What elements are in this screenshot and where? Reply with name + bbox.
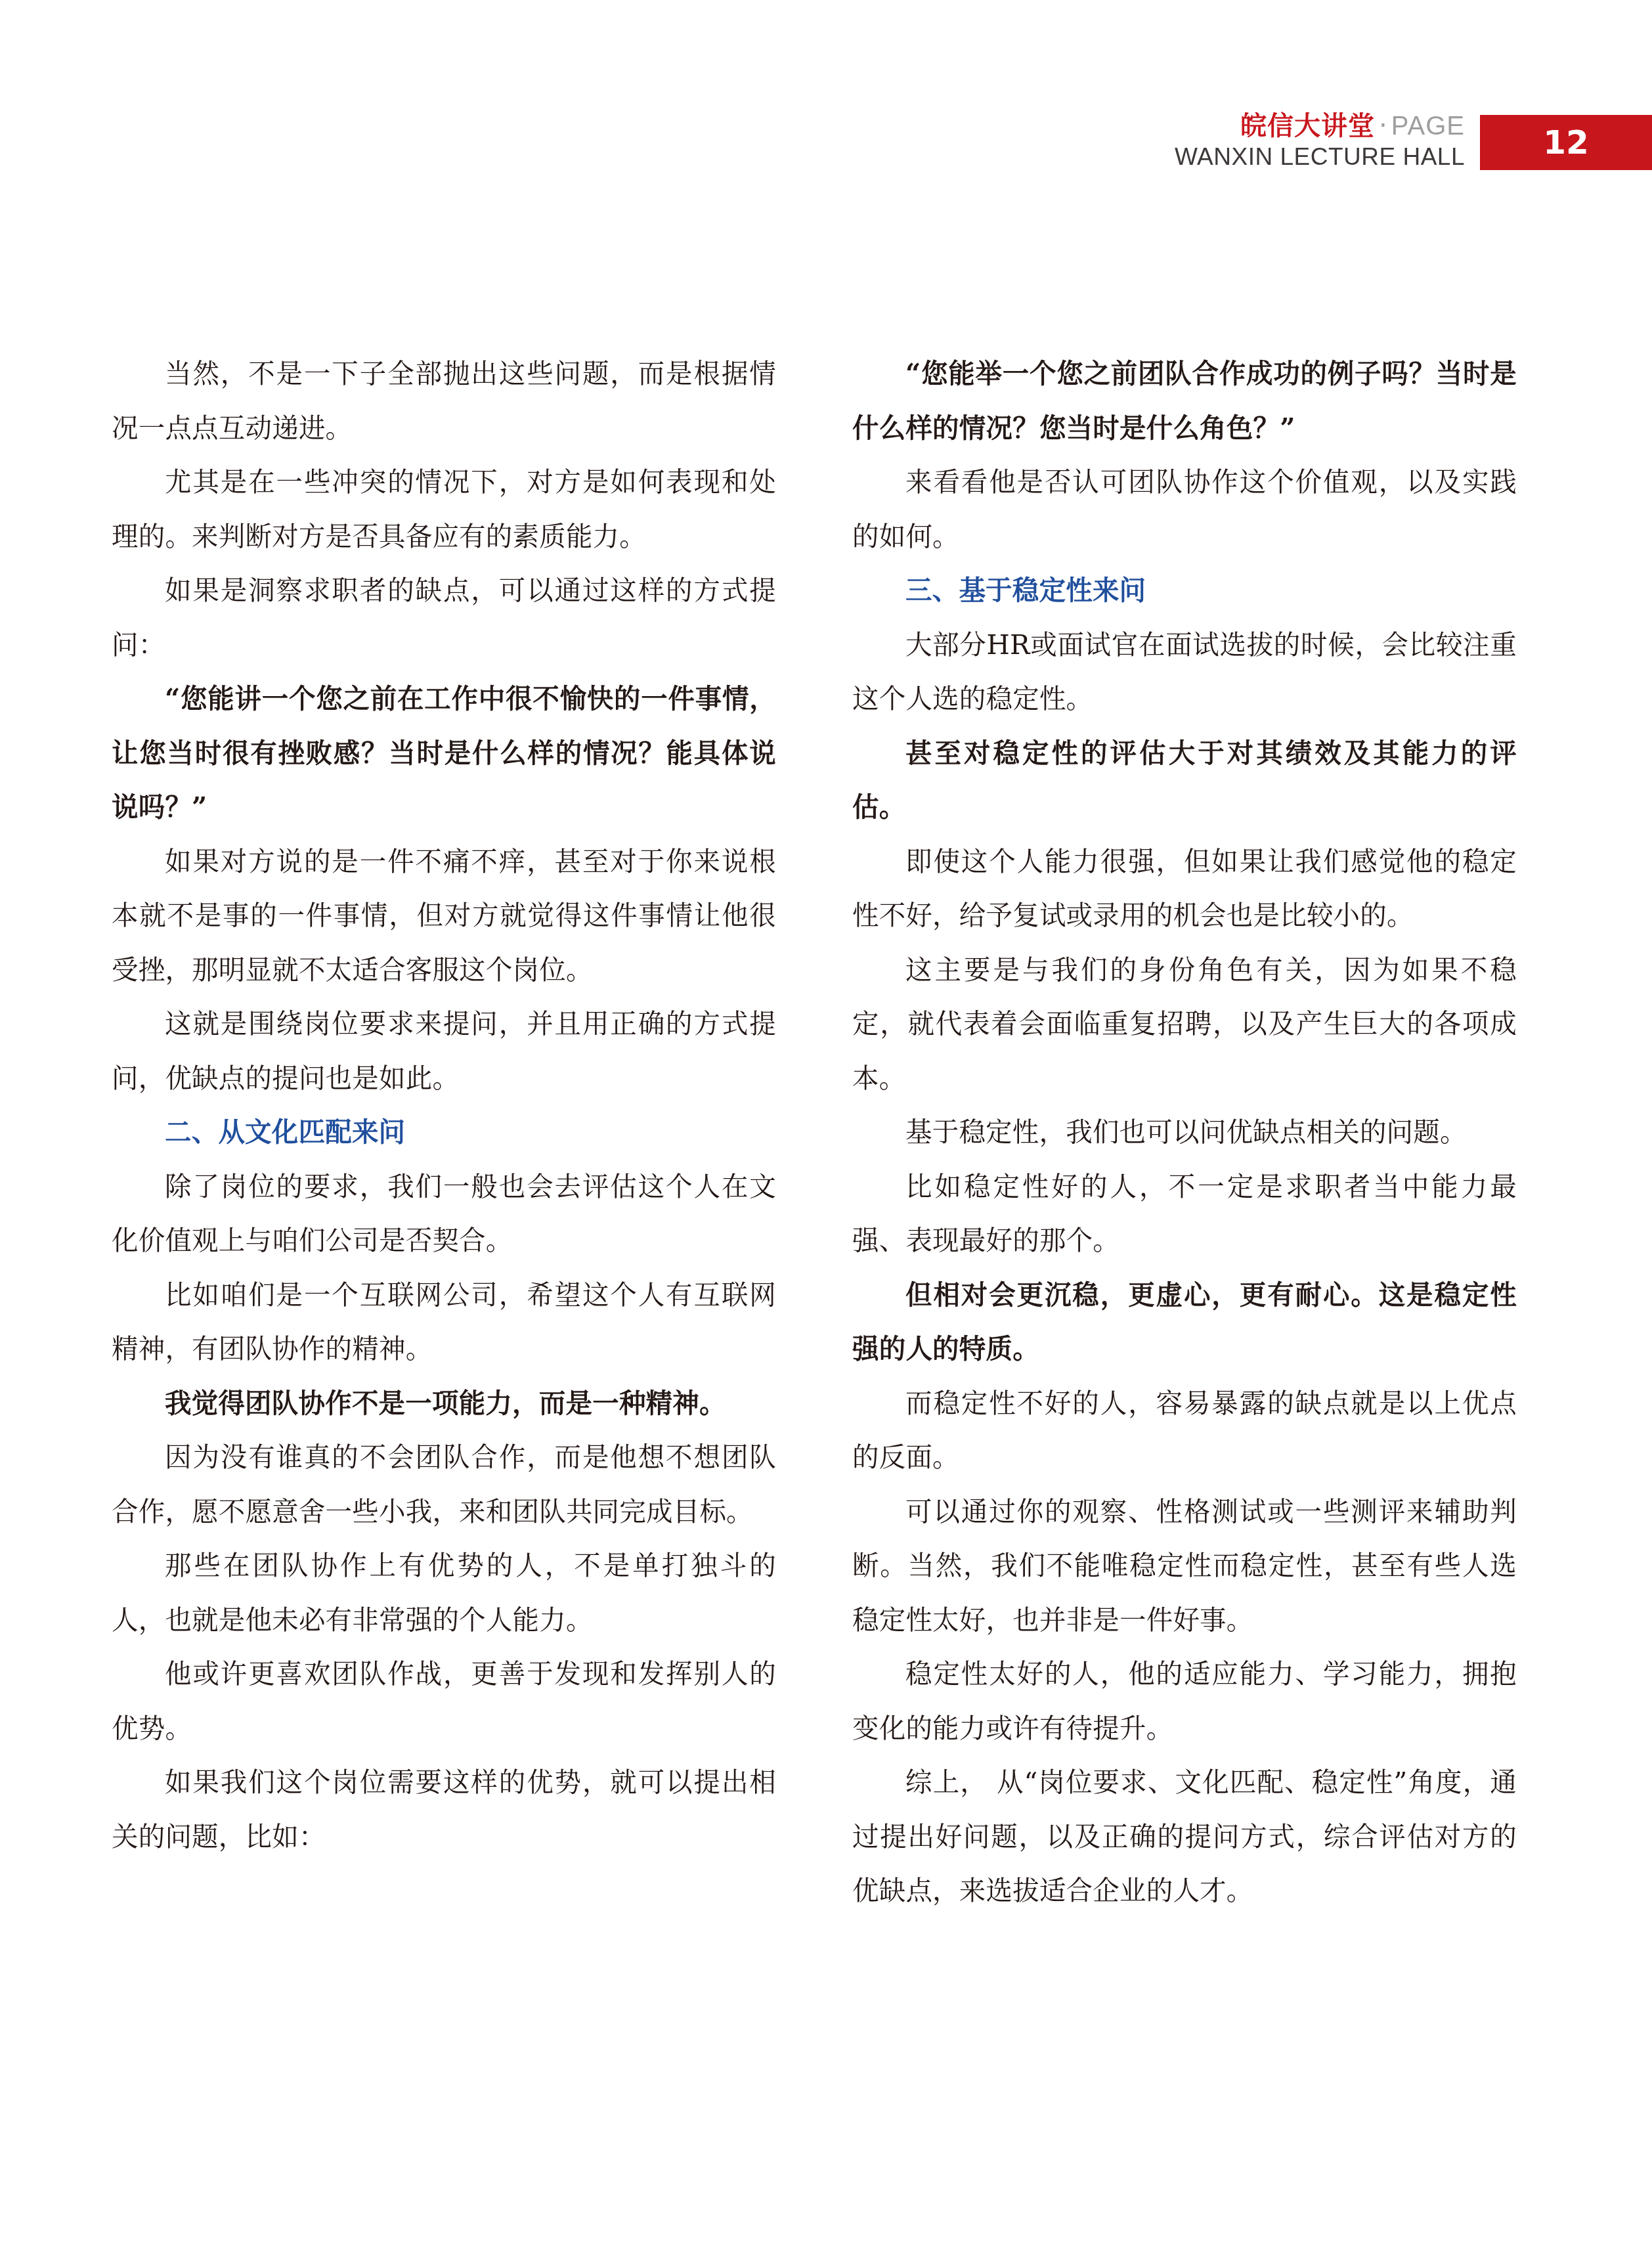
body-paragraph: 即使这个人能力很强，但如果让我们感觉他的稳定性不好，给予复试或录用的机会也是比较… xyxy=(852,835,1517,943)
brand-name-en: WANXIN LECTURE HALL xyxy=(1175,142,1465,172)
body-paragraph: 比如稳定性好的人，不一定是求职者当中能力最强、表现最好的那个。 xyxy=(852,1160,1517,1268)
emphasis-paragraph: 但相对会更沉稳，更虚心，更有耐心。这是稳定性强的人的特质。 xyxy=(852,1268,1517,1376)
body-paragraph: 稳定性太好的人，他的适应能力、学习能力，拥抱变化的能力或许有待提升。 xyxy=(852,1647,1517,1755)
emphasis-paragraph: 我觉得团队协作不是一项能力，而是一种精神。 xyxy=(112,1376,776,1431)
page-number: 12 xyxy=(1543,123,1589,162)
brand-block: 皖信大讲堂·PAGE WANXIN LECTURE HALL xyxy=(1175,110,1465,172)
body-paragraph: 比如咱们是一个互联网公司，希望这个人有互联网精神，有团队协作的精神。 xyxy=(112,1268,776,1376)
emphasis-paragraph: 甚至对稳定性的评估大于对其绩效及其能力的评估。 xyxy=(852,726,1517,835)
section-heading: 二、从文化匹配来问 xyxy=(112,1105,776,1160)
body-paragraph: 如果对方说的是一件不痛不痒，甚至对于你来说根本就不是事的一件事情，但对方就觉得这… xyxy=(112,835,776,997)
body-paragraph: 那些在团队协作上有优势的人，不是单打独斗的人，也就是他未必有非常强的个人能力。 xyxy=(112,1539,776,1647)
body-paragraph: 如果我们这个岗位需要这样的优势，就可以提出相关的问题，比如： xyxy=(112,1755,776,1864)
body-paragraph: 来看看他是否认可团队协作这个价值观，以及实践的如何。 xyxy=(852,455,1517,563)
emphasis-paragraph: “您能举一个您之前团队合作成功的例子吗？当时是什么样的情况？您当时是什么角色？” xyxy=(852,347,1517,455)
body-paragraph: 他或许更喜欢团队作战，更善于发现和发挥别人的优势。 xyxy=(112,1647,776,1755)
body-paragraph: 综上， 从“岗位要求、文化匹配、稳定性”角度，通过提出好问题，以及正确的提问方式… xyxy=(852,1755,1517,1918)
body-paragraph: 尤其是在一些冲突的情况下，对方是如何表现和处理的。来判断对方是否具备应有的素质能… xyxy=(112,455,776,563)
article-column-left: 当然，不是一下子全部抛出这些问题，而是根据情况一点点互动递进。尤其是在一些冲突的… xyxy=(112,347,776,1864)
body-paragraph: 因为没有谁真的不会团队合作，而是他想不想团队合作，愿不愿意舍一些小我，来和团队共… xyxy=(112,1430,776,1539)
body-paragraph: 而稳定性不好的人，容易暴露的缺点就是以上优点的反面。 xyxy=(852,1376,1517,1485)
brand-title-line: 皖信大讲堂·PAGE xyxy=(1175,110,1465,142)
body-paragraph: 除了岗位的要求，我们一般也会去评估这个人在文化价值观上与咱们公司是否契合。 xyxy=(112,1160,776,1268)
body-paragraph: 可以通过你的观察、性格测试或一些测评来辅助判断。当然，我们不能唯稳定性而稳定性，… xyxy=(852,1485,1517,1648)
page-label: PAGE xyxy=(1391,112,1465,141)
page-number-badge: 12 xyxy=(1480,115,1652,170)
body-paragraph: 如果是洞察求职者的缺点，可以通过这样的方式提问： xyxy=(112,563,776,672)
body-paragraph: 基于稳定性，我们也可以问优缺点相关的问题。 xyxy=(852,1105,1517,1160)
body-paragraph: 这就是围绕岗位要求来提问，并且用正确的方式提问，优缺点的提问也是如此。 xyxy=(112,997,776,1105)
brand-separator: · xyxy=(1379,111,1387,141)
brand-name-cn: 皖信大讲堂 xyxy=(1240,111,1375,141)
emphasis-paragraph: “您能讲一个您之前在工作中很不愉快的一件事情，让您当时很有挫败感？当时是什么样的… xyxy=(112,672,776,835)
body-paragraph: 当然，不是一下子全部抛出这些问题，而是根据情况一点点互动递进。 xyxy=(112,347,776,455)
section-heading: 三、基于稳定性来问 xyxy=(852,563,1517,618)
body-paragraph: 大部分HR或面试官在面试选拔的时候，会比较注重这个人选的稳定性。 xyxy=(852,618,1517,726)
body-paragraph: 这主要是与我们的身份角色有关，因为如果不稳定，就代表着会面临重复招聘，以及产生巨… xyxy=(852,943,1517,1106)
page-header: 皖信大讲堂·PAGE WANXIN LECTURE HALL 12 xyxy=(0,0,1652,197)
article-column-right: “您能举一个您之前团队合作成功的例子吗？当时是什么样的情况？您当时是什么角色？”… xyxy=(852,347,1517,1918)
